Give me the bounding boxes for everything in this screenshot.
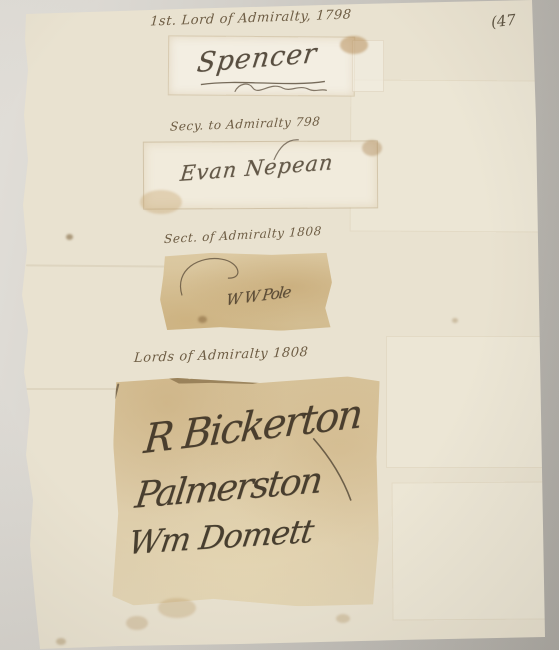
mounting-ghost-rectangle — [350, 79, 547, 232]
fox-spot — [66, 234, 73, 240]
stray-pen-mark — [114, 383, 120, 399]
fox-stain — [362, 140, 382, 156]
signature-spencer: Spencer — [195, 38, 319, 79]
fox-stain — [140, 190, 182, 214]
mounting-ghost-rectangle — [392, 481, 549, 620]
fox-stain — [126, 616, 148, 630]
signature-palmerston: Palmerston — [133, 460, 324, 517]
fox-spot — [452, 318, 458, 323]
fox-stain — [158, 598, 196, 618]
fox-stain — [336, 614, 350, 623]
paper-crease — [26, 264, 176, 267]
signature-slip-pole: W W Pole — [160, 250, 333, 331]
folio-number: (47 — [490, 11, 517, 32]
fox-stain — [340, 36, 368, 54]
spencer-paraph-flourish — [231, 79, 331, 98]
fox-spot — [198, 316, 207, 323]
nepean-ascender-flourish — [272, 136, 302, 162]
caption-lords-1808: Lords of Admiralty 1808 — [134, 345, 309, 366]
photo-of-album-page: (47 1st. Lord of Admiralty, 1798 Spencer… — [0, 0, 559, 650]
caption-secretary-1808: Sect. of Admiralty 1808 — [164, 224, 323, 246]
fox-spot — [56, 638, 66, 645]
signature-evan-nepean: Evan Nepean — [179, 150, 335, 186]
caption-first-lord-1798: 1st. Lord of Admiralty, 1798 — [150, 7, 353, 29]
caption-secretary-1798: Secy. to Admiralty 798 — [170, 114, 321, 133]
signature-slip-lords-1808: R Bickerton Palmerston Wm Domett — [112, 375, 379, 606]
mounting-ghost-rectangle — [386, 336, 548, 468]
old-mounting-remnant — [169, 375, 274, 385]
signature-wm-domett: Wm Domett — [126, 512, 316, 562]
album-page-paper: (47 1st. Lord of Admiralty, 1798 Spencer… — [0, 0, 559, 650]
signature-slip-spencer: Spencer — [169, 36, 354, 95]
